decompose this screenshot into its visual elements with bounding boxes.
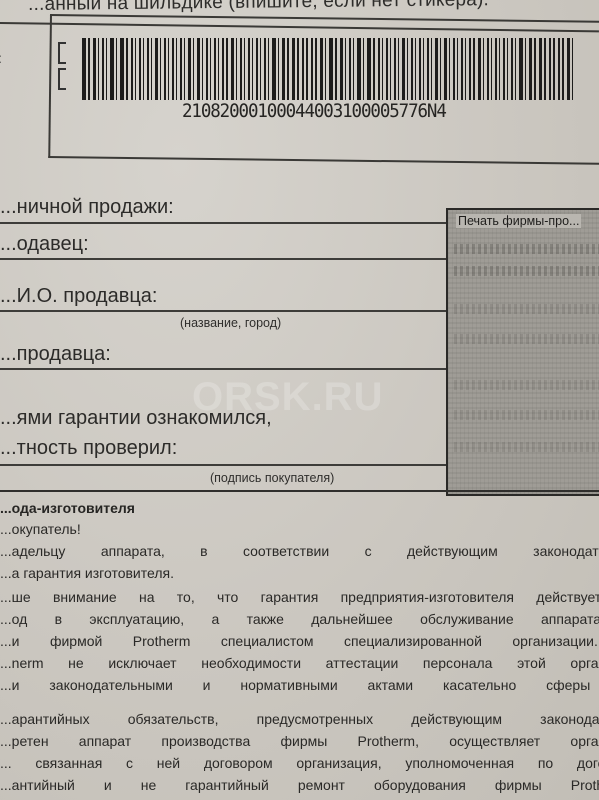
body-line: ...од в эксплуатацию, а также дальнейшее… xyxy=(0,611,599,627)
bracket-mark-icon xyxy=(58,42,64,88)
seller-signature-label: ...продавца: xyxy=(0,343,111,366)
seller-name-hint: (название, город) xyxy=(180,316,281,330)
section-title: ...ода-изготовителя xyxy=(0,500,135,516)
seller-signature-line[interactable] xyxy=(0,368,446,370)
serial-number: 21082000100044003100005776N4 xyxy=(182,100,446,122)
seller-label: ...одавец: xyxy=(0,233,89,256)
body-line: ...а гарантия изготовителя. xyxy=(0,565,174,581)
barcode xyxy=(82,38,599,100)
stamp-label: Печать фирмы-про... xyxy=(456,214,581,228)
body-line: ...окупатель! xyxy=(0,521,81,537)
body-line: ...арантийных обязательств, предусмотрен… xyxy=(0,711,599,727)
body-line: ... связанная с ней договором организаци… xyxy=(0,755,599,771)
body-line: ...ше внимание на то, что гарантия предп… xyxy=(0,589,599,605)
buyer-signature-line[interactable] xyxy=(0,464,446,466)
body-line: ...nerm не исключает необходимости аттес… xyxy=(0,655,599,671)
body-line: ...антийный и не гарантийный ремонт обор… xyxy=(0,777,599,793)
section-divider xyxy=(0,490,599,492)
buyer-signature-hint: (подпись покупателя) xyxy=(210,471,334,485)
sale-date-label: ...ничной продажи: xyxy=(0,196,174,219)
seller-name-label: ...И.О. продавца: xyxy=(0,285,157,308)
sale-date-line[interactable] xyxy=(0,222,446,224)
body-line: ...и законодательными и нормативными акт… xyxy=(0,677,599,693)
seller-line[interactable] xyxy=(0,258,446,260)
watermark: ORSK.RU xyxy=(192,375,383,420)
completeness-label: ...тность проверил: xyxy=(0,437,177,460)
cropped-colon: : xyxy=(0,50,2,66)
body-line: ...ретен аппарат производства фирмы Prot… xyxy=(0,733,599,749)
seller-name-line[interactable] xyxy=(0,310,446,312)
stamp-box: Печать фирмы-про... xyxy=(446,208,599,496)
body-line: ...адельцу аппарата, в соответствии с де… xyxy=(0,543,599,559)
body-line: ...и фирмой Protherm специалистом специа… xyxy=(0,633,599,649)
